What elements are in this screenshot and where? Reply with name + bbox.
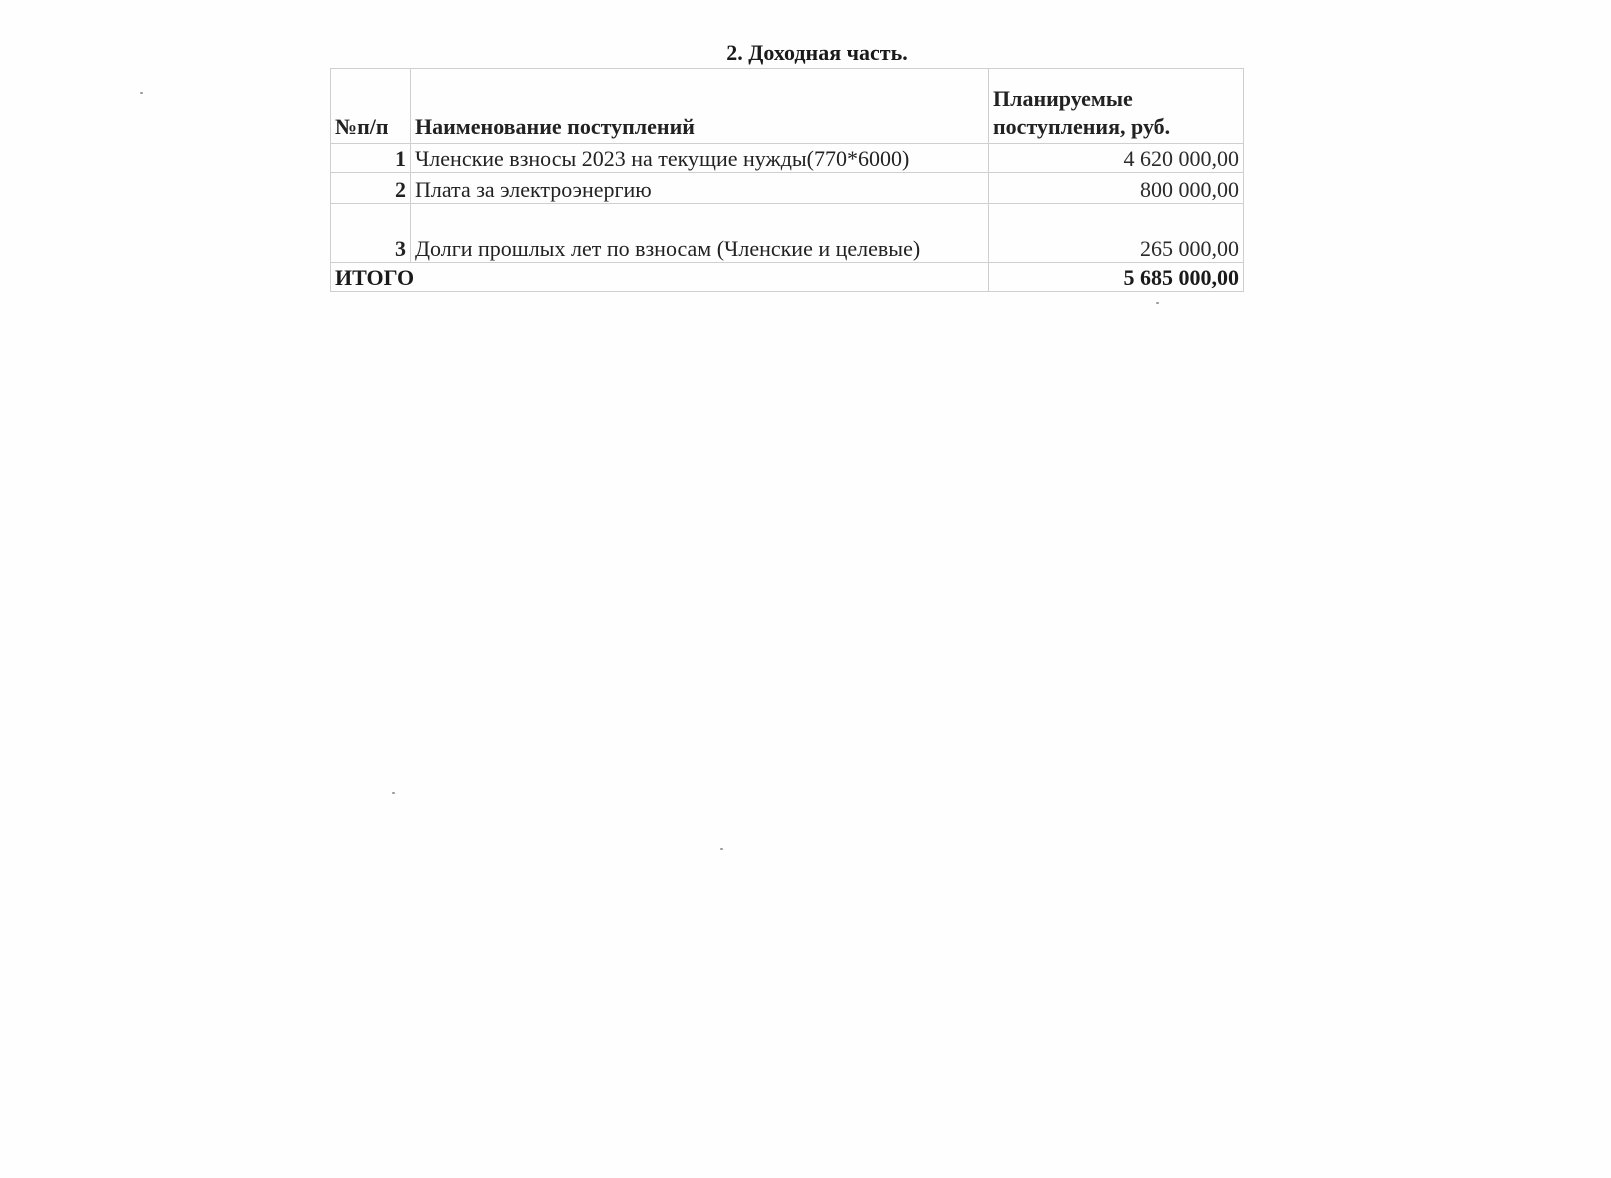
table-row: 1 Членские взносы 2023 на текущие нужды(…	[331, 144, 1244, 173]
row-amount: 4 620 000,00	[989, 144, 1244, 173]
income-table: №п/п Наименование поступлений Планируемы…	[330, 68, 1244, 292]
scan-speck	[1156, 302, 1159, 304]
table-row: 2 Плата за электроэнергию 800 000,00	[331, 173, 1244, 204]
total-amount: 5 685 000,00	[989, 263, 1244, 292]
row-number: 1	[331, 144, 411, 173]
table-row: 3 Долги прошлых лет по взносам (Членские…	[331, 204, 1244, 263]
row-name: Плата за электроэнергию	[411, 173, 989, 204]
scan-speck	[140, 92, 143, 94]
total-label: ИТОГО	[331, 263, 989, 292]
scan-speck	[392, 792, 395, 794]
row-number: 2	[331, 173, 411, 204]
row-number: 3	[331, 204, 411, 263]
row-name: Членские взносы 2023 на текущие нужды(77…	[411, 144, 989, 173]
scanned-page: 2. Доходная часть. №п/п Наименование пос…	[0, 0, 1611, 1178]
row-name: Долги прошлых лет по взносам (Членские и…	[411, 204, 989, 263]
row-amount: 800 000,00	[989, 173, 1244, 204]
section-title: 2. Доходная часть.	[330, 40, 1244, 66]
table-total-row: ИТОГО 5 685 000,00	[331, 263, 1244, 292]
header-amount: Планируемые поступления, руб.	[989, 69, 1244, 144]
scan-speck	[720, 848, 723, 850]
header-name: Наименование поступлений	[411, 69, 989, 144]
table-header-row: №п/п Наименование поступлений Планируемы…	[331, 69, 1244, 144]
header-number: №п/п	[331, 69, 411, 144]
row-amount: 265 000,00	[989, 204, 1244, 263]
